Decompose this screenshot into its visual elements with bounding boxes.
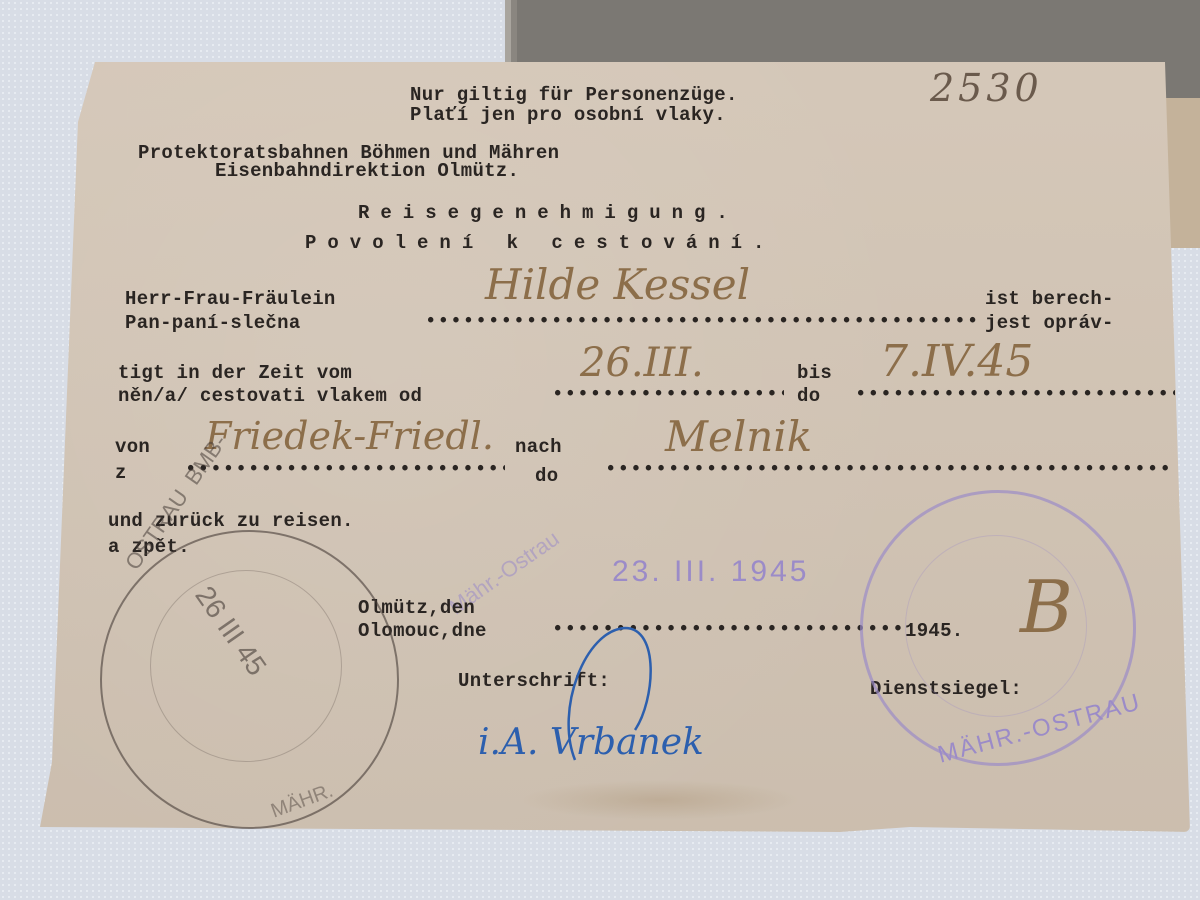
- person-name-line: ••••••••••••••••••••••••••••••••••••••••…: [425, 310, 980, 332]
- route-to-label-cs: do: [535, 465, 558, 487]
- person-label-cs: Pan-paní-slečna: [125, 312, 301, 334]
- route-to-line: ••••••••••••••••••••••••••••••••••••••••…: [605, 458, 1175, 480]
- route-from-label-cs: z: [115, 462, 127, 484]
- route-from: Friedek-Friedl.: [205, 414, 494, 458]
- route-to: Melnik: [665, 412, 812, 461]
- period-from: 26.III.: [580, 340, 704, 386]
- period-to: 7.IV.45: [880, 336, 1033, 387]
- period-label-de: tigt in der Zeit vom: [118, 362, 352, 384]
- period-from-line: •••••••••••••••••••••••: [552, 383, 784, 405]
- signature-loop: [555, 620, 665, 770]
- title-de: Reisegenehmigung.: [358, 202, 739, 224]
- validity-cs: Plaťí jen pro osobní vlaky.: [410, 104, 726, 126]
- water-stain: [520, 780, 800, 820]
- route-to-label-de: nach: [515, 436, 562, 458]
- person-name: Hilde Kessel: [485, 260, 750, 309]
- period-to-label-de: bis: [797, 362, 832, 384]
- person-label-de: Herr-Frau-Fräulein: [125, 288, 336, 310]
- issuer-line2: Eisenbahndirektion Olmütz.: [215, 160, 519, 182]
- person-suffix-de: ist berech-: [985, 288, 1114, 310]
- serial-number: 2530: [930, 66, 1043, 110]
- route-from-line: •••••••••••••••••••••••••••••: [185, 458, 505, 480]
- round-stamp-right-inner: [905, 535, 1087, 717]
- validity-de: Nur giltig für Personenzüge.: [410, 84, 738, 106]
- period-label-cs: něn/a/ cestovati vlakem od: [118, 385, 422, 407]
- date-stamp: 23. III. 1945: [612, 555, 809, 589]
- title-cs: Povolení k cestování.: [305, 232, 775, 254]
- period-to-label-cs: do: [797, 385, 820, 407]
- person-suffix-cs: jest opráv-: [985, 312, 1114, 334]
- route-from-label-de: von: [115, 436, 150, 458]
